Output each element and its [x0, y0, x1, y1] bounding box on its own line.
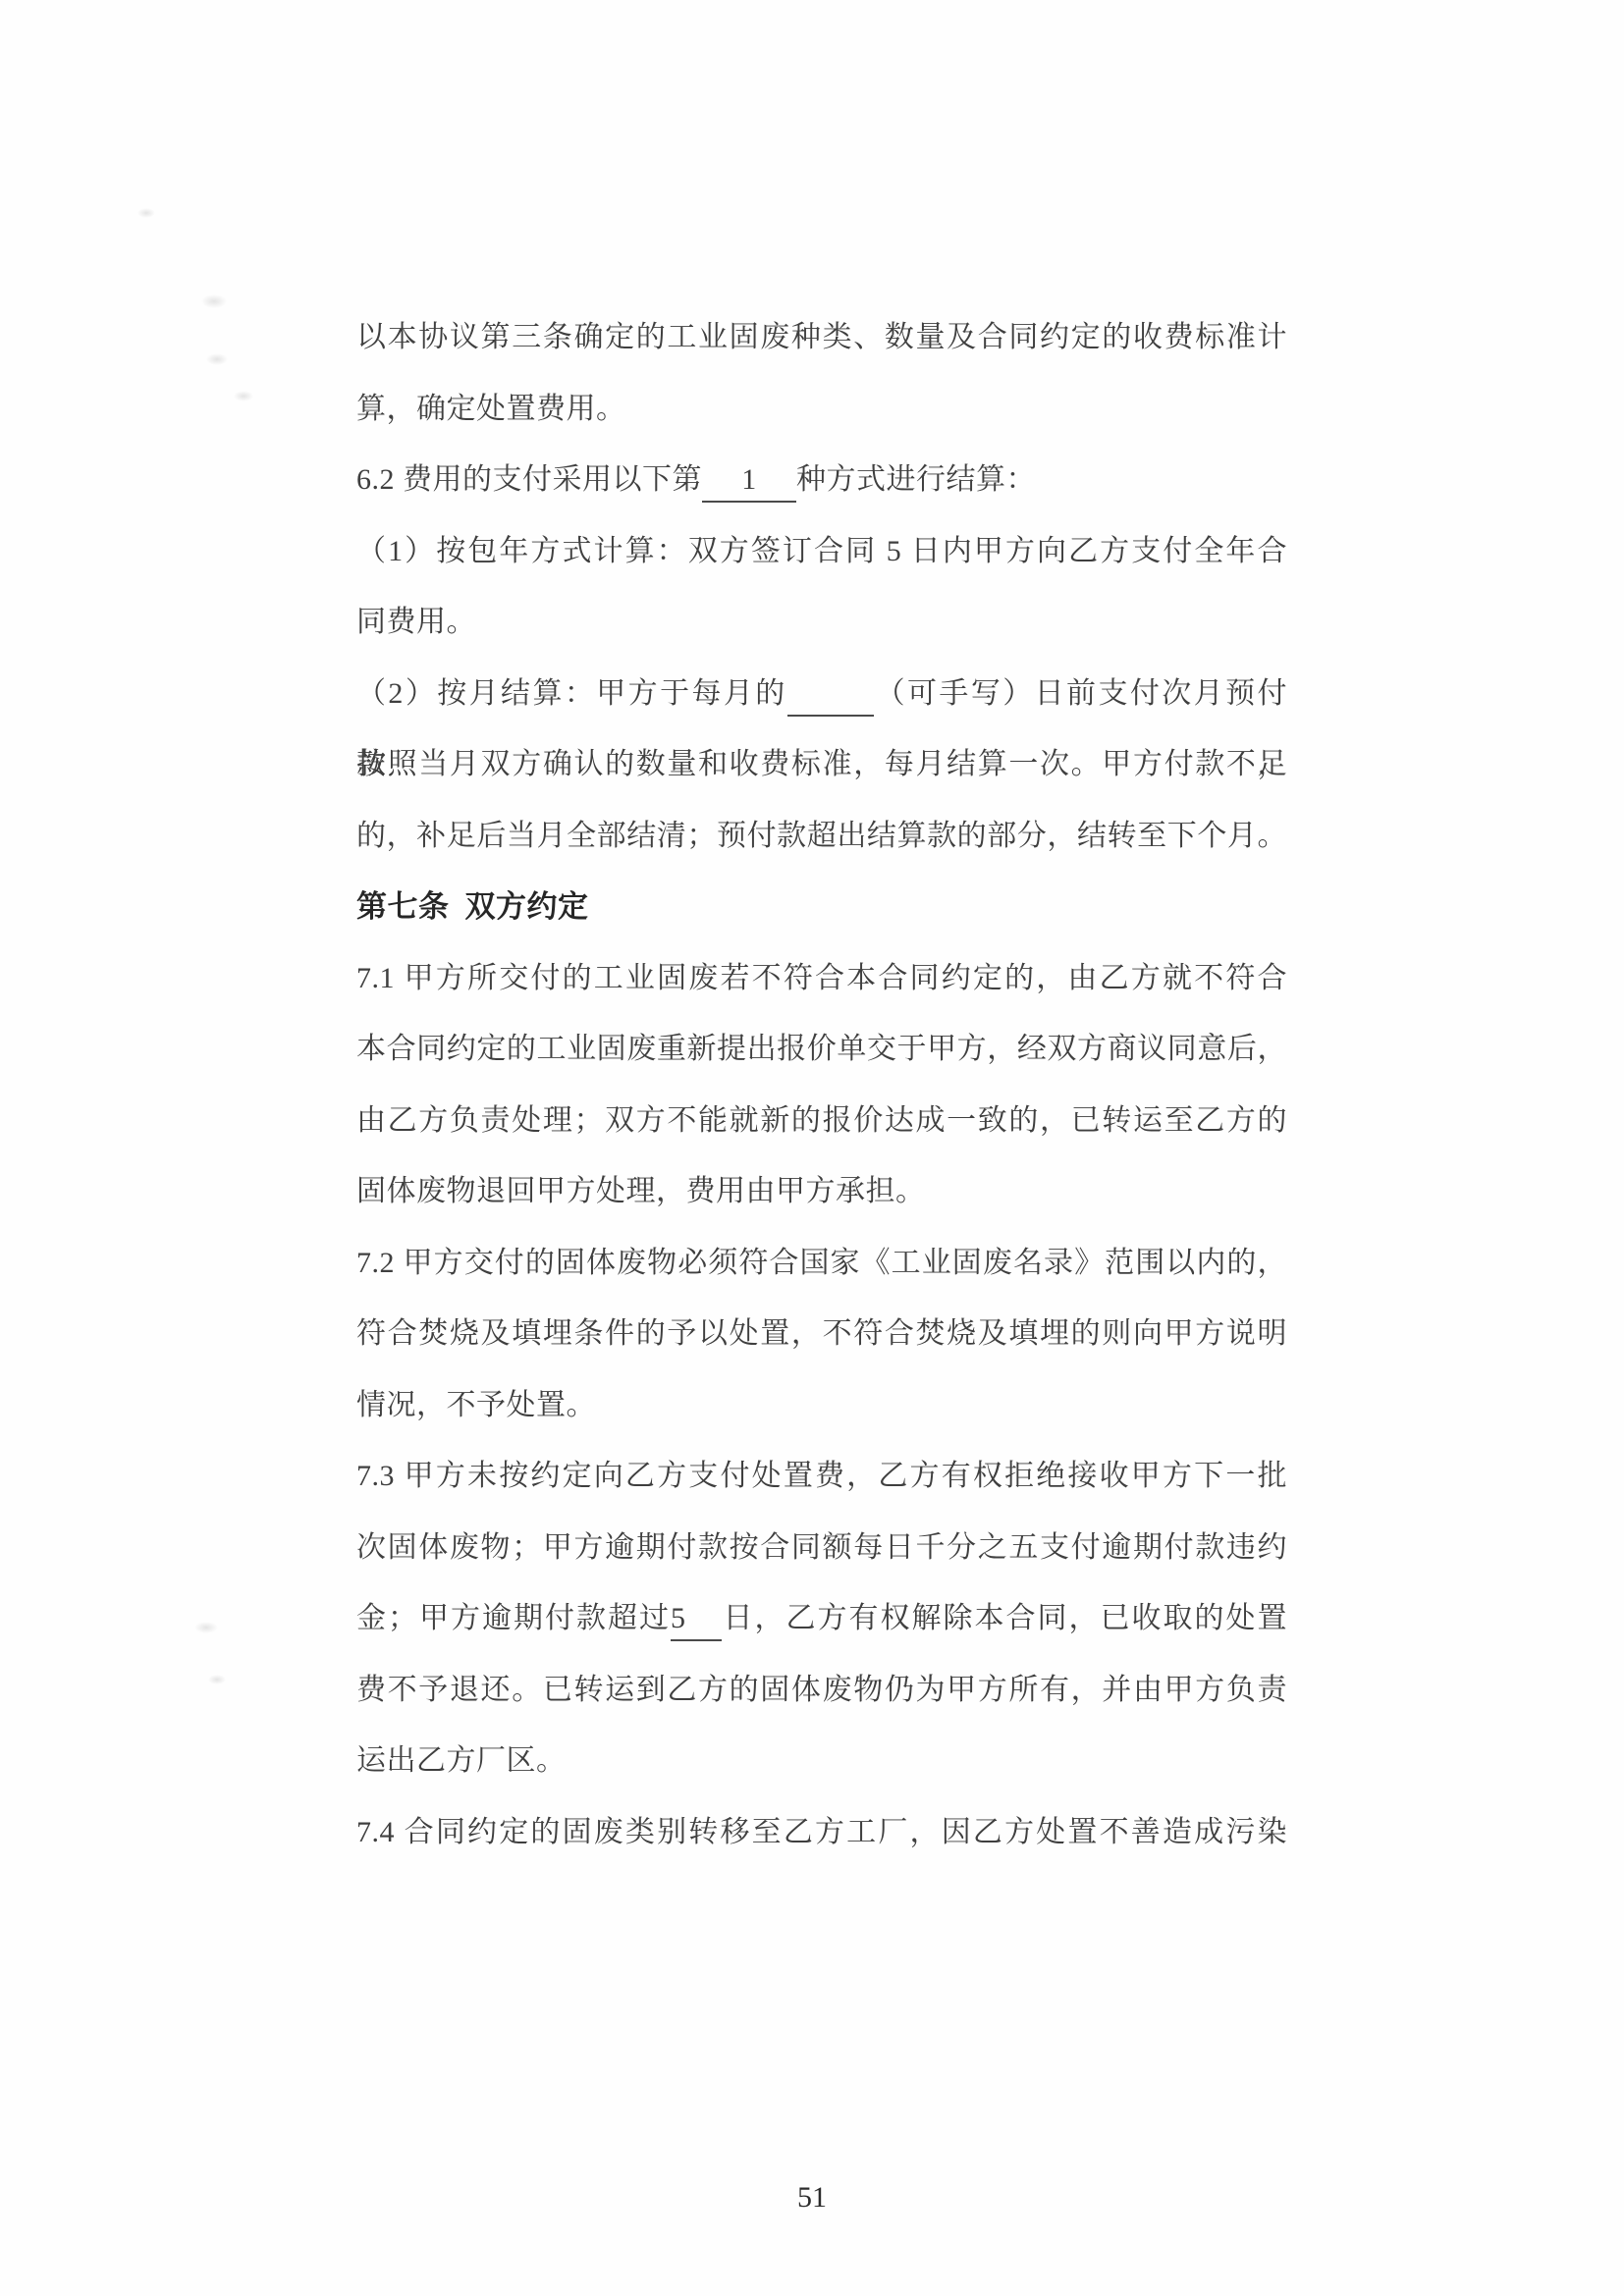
- text-run: 的，补足后当月全部结清；预付款超出结算款的部分，结转至下个月。: [356, 820, 1287, 852]
- document-line: 次固体废物；甲方逾期付款按合同额每日千分之五支付逾期付款违约: [356, 1513, 1287, 1584]
- fill-in-blank: 5: [671, 1602, 722, 1641]
- text-run: 7.3 甲方未按约定向乙方支付处置费，乙方有权拒绝接收甲方下一批: [356, 1460, 1287, 1492]
- document-line: 同费用。: [356, 587, 1287, 659]
- text-run: 符合焚烧及填埋条件的予以处置，不符合焚烧及填埋的则向甲方说明: [356, 1317, 1287, 1350]
- text-run: 情况，不予处置。: [356, 1389, 596, 1421]
- document-text-block: 以本协议第三条确定的工业固废种类、数量及合同约定的收费标准计算，确定处置费用。6…: [356, 302, 1287, 1868]
- document-line: 7.2 甲方交付的固体废物必须符合国家《工业固废名录》范围以内的，: [356, 1228, 1287, 1300]
- fill-in-blank: 1: [702, 463, 796, 503]
- text-run: 由乙方负责处理；双方不能就新的报价达成一致的，已转运至乙方的: [356, 1104, 1287, 1137]
- document-line: （1）按包年方式计算：双方签订合同 5 日内甲方向乙方支付全年合: [356, 516, 1287, 588]
- document-line: 符合焚烧及填埋条件的予以处置，不符合焚烧及填埋的则向甲方说明: [356, 1299, 1287, 1370]
- document-line: 6.2 费用的支付采用以下第1种方式进行结算：: [356, 445, 1287, 516]
- scan-smudge: [194, 1622, 218, 1633]
- text-run: 费不予退还。已转运到乙方的固体废物仍为甲方所有，并由甲方负责: [356, 1674, 1287, 1706]
- text-run: 7.2 甲方交付的固体废物必须符合国家《工业固废名录》范围以内的，: [356, 1247, 1287, 1279]
- text-run: （2）按月结算：甲方于每月的: [356, 677, 787, 710]
- document-line: 本合同约定的工业固废重新提出报价单交于甲方，经双方商议同意后，: [356, 1014, 1287, 1086]
- document-line: 的，补足后当月全部结清；预付款超出结算款的部分，结转至下个月。: [356, 801, 1287, 873]
- text-run: 以本协议第三条确定的工业固废种类、数量及合同约定的收费标准计: [356, 321, 1287, 353]
- text-run: 同费用。: [356, 606, 476, 638]
- text-run: 种方式进行结算：: [796, 463, 1036, 496]
- text-run: 本合同约定的工业固废重新提出报价单交于甲方，经双方商议同意后，: [356, 1033, 1287, 1065]
- text-run: 6.2 费用的支付采用以下第: [356, 463, 702, 496]
- section-heading: 第七条 双方约定: [356, 872, 1287, 943]
- document-line: 算，确定处置费用。: [356, 374, 1287, 446]
- text-run: 金；甲方逾期付款超过: [356, 1602, 671, 1634]
- document-line: 运出乙方厂区。: [356, 1726, 1287, 1797]
- text-run: （1）按包年方式计算：双方签订合同 5 日内甲方向乙方支付全年合: [356, 535, 1287, 567]
- document-line: 固体废物退回甲方处理，费用由甲方承担。: [356, 1156, 1287, 1228]
- fill-in-blank: [787, 677, 874, 717]
- document-line: 7.4 合同约定的固废类别转移至乙方工厂，因乙方处置不善造成污染: [356, 1797, 1287, 1869]
- document-line: 按照当月双方确认的数量和收费标准，每月结算一次。甲方付款不足: [356, 729, 1287, 801]
- text-run: 日，乙方有权解除本合同，已收取的处置: [722, 1602, 1287, 1634]
- document-line: 费不予退还。已转运到乙方的固体废物仍为甲方所有，并由甲方负责: [356, 1655, 1287, 1727]
- document-line: 情况，不予处置。: [356, 1370, 1287, 1442]
- document-line: 7.3 甲方未按约定向乙方支付处置费，乙方有权拒绝接收甲方下一批: [356, 1441, 1287, 1513]
- document-line: 7.1 甲方所交付的工业固废若不符合本合同约定的，由乙方就不符合: [356, 943, 1287, 1015]
- text-run: 7.1 甲方所交付的工业固废若不符合本合同约定的，由乙方就不符合: [356, 962, 1287, 994]
- text-run: 算，确定处置费用。: [356, 393, 626, 425]
- text-run: 次固体废物；甲方逾期付款按合同额每日千分之五支付逾期付款违约: [356, 1531, 1287, 1564]
- text-run: 运出乙方厂区。: [356, 1744, 567, 1777]
- text-run: 按照当月双方确认的数量和收费标准，每月结算一次。甲方付款不足: [356, 748, 1287, 780]
- document-line: 以本协议第三条确定的工业固废种类、数量及合同约定的收费标准计: [356, 302, 1287, 374]
- document-line: 由乙方负责处理；双方不能就新的报价达成一致的，已转运至乙方的: [356, 1086, 1287, 1157]
- scan-smudge: [208, 1675, 226, 1684]
- scan-smudge: [137, 208, 155, 218]
- text-run: 固体废物退回甲方处理，费用由甲方承担。: [356, 1175, 926, 1207]
- text-run: 第七条 双方约定: [356, 889, 589, 924]
- scan-smudge: [206, 353, 228, 365]
- document-line: 金；甲方逾期付款超过5日，乙方有权解除本合同，已收取的处置: [356, 1583, 1287, 1655]
- document-line: （2）按月结算：甲方于每月的 （可手写）日前支付次月预付款，: [356, 659, 1287, 730]
- page-number: 51: [0, 2181, 1624, 2215]
- text-run: 7.4 合同约定的固废类别转移至乙方工厂，因乙方处置不善造成污染: [356, 1816, 1287, 1848]
- scan-smudge: [201, 294, 227, 308]
- scan-smudge: [234, 391, 253, 401]
- contract-page: 以本协议第三条确定的工业固废种类、数量及合同约定的收费标准计算，确定处置费用。6…: [0, 0, 1624, 2296]
